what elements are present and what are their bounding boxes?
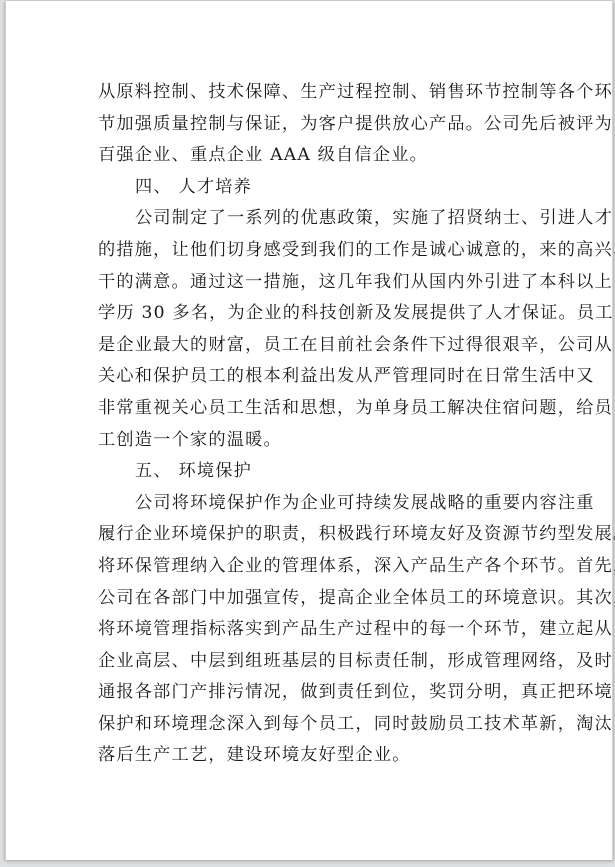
document-page: 从原料控制、技术保障、生产过程控制、销售环节控制等各个环 节加强质量控制与保证，… — [5, 1, 613, 860]
text-line: 学历 30 多名，为企业的科技创新及发展提供了人才保证。员工 — [98, 298, 538, 330]
section-heading-talent: 四、 人才培养 — [98, 172, 538, 204]
document-body: 从原料控制、技术保障、生产过程控制、销售环节控制等各个环 节加强质量控制与保证，… — [98, 77, 538, 772]
paragraph-quality-control: 从原料控制、技术保障、生产过程控制、销售环节控制等各个环 节加强质量控制与保证，… — [98, 77, 538, 172]
text-line: 公司将环境保护作为企业可持续发展战略的重要内容注重 — [98, 488, 538, 520]
text-line: 企业高层、中层到组班基层的目标责任制，形成管理网络，及时 — [98, 646, 538, 678]
paragraph-environment: 公司将环境保护作为企业可持续发展战略的重要内容注重 履行企业环境保护的职责，积极… — [98, 488, 538, 772]
paragraph-talent: 公司制定了一系列的优惠政策，实施了招贤纳士、引进人才 的措施，让他们切身感受到我… — [98, 203, 538, 456]
text-line: 保护和环境理念深入到每个员工，同时鼓励员工技术革新，淘汰 — [98, 709, 538, 741]
text-line: 将环保管理纳入企业的管理体系，深入产品生产各个环节。首先， — [98, 551, 538, 583]
text-line: 非常重视关心员工生活和思想，为单身员工解决住宿问题，给员 — [98, 393, 538, 425]
text-line: 节加强质量控制与保证，为客户提供放心产品。公司先后被评为 — [98, 109, 538, 141]
text-line: 公司制定了一系列的优惠政策，实施了招贤纳士、引进人才 — [98, 203, 538, 235]
text-line: 从原料控制、技术保障、生产过程控制、销售环节控制等各个环 — [98, 77, 538, 109]
text-line: 通报各部门产排污情况，做到责任到位，奖罚分明，真正把环境 — [98, 677, 538, 709]
text-line: 是企业最大的财富，员工在目前社会条件下过得很艰辛，公司从 — [98, 330, 538, 362]
text-line: 工创造一个家的温暖。 — [98, 425, 538, 457]
text-line: 的措施，让他们切身感受到我们的工作是诚心诚意的，来的高兴、 — [98, 235, 538, 267]
text-line: 履行企业环境保护的职责，积极践行环境友好及资源节约型发展。 — [98, 519, 538, 551]
text-line: 百强企业、重点企业 AAA 级自信企业。 — [98, 140, 538, 172]
text-line: 干的满意。通过这一措施，这几年我们从国内外引进了本科以上 — [98, 267, 538, 299]
text-line: 落后生产工艺，建设环境友好型企业。 — [98, 740, 538, 772]
text-line: 公司在各部门中加强宣传，提高企业全体员工的环境意识。其次， — [98, 583, 538, 615]
text-line: 关心和保护员工的根本利益出发从严管理同时在日常生活中又 — [98, 361, 538, 393]
section-heading-environment: 五、 环境保护 — [98, 456, 538, 488]
text-line: 将环境管理指标落实到产品生产过程中的每一个环节，建立起从 — [98, 614, 538, 646]
